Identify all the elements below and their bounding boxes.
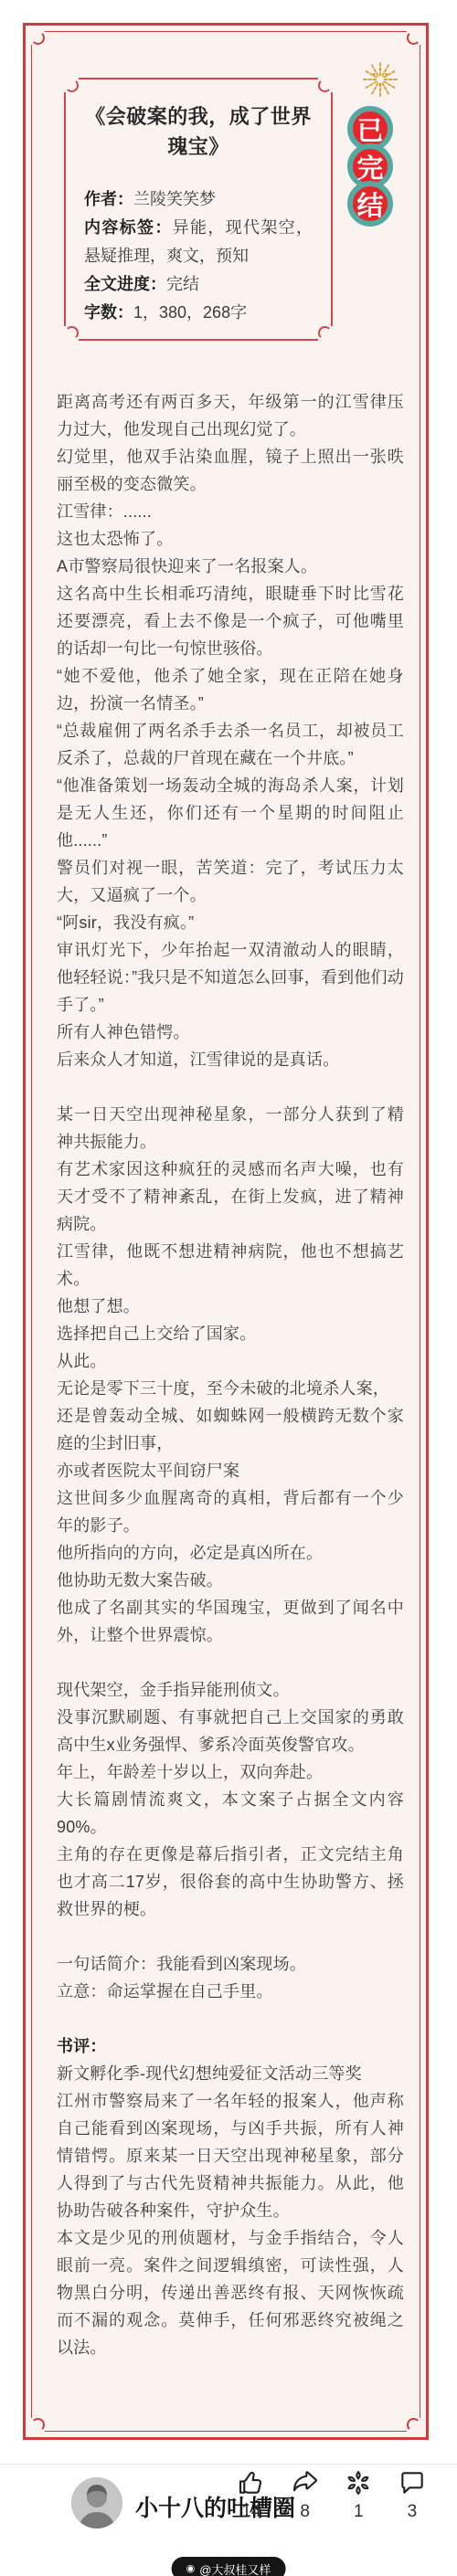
story-paragraph: 这世间多少血腥离奇的真相，背后都有一个少年的影子。 [57, 1484, 404, 1539]
paragraph-gap [57, 1073, 404, 1101]
story-paragraph: 主角的存在更像是幕后指引者，正文完结主角也才高二17岁，很俗套的高中生协助警方、… [57, 1841, 404, 1923]
story-paragraph: “阿sir，我没有疯。” [57, 909, 404, 936]
story-paragraph: 某一日天空出现神秘星象，一部分人获到了精神共振能力。 [57, 1101, 404, 1156]
like-count: 14 [241, 2502, 260, 2522]
story-paragraph: 还是曾轰动全城、如蜘蛛网一般横跨无数个家庭的尘封旧事， [57, 1402, 404, 1457]
story-paragraph: 距离高考还有两百多天，年级第一的江雪律压力过大，他发现自己出现幻觉了。 [57, 388, 404, 443]
story-paragraph: 他成了名副其实的华国瑰宝，更做到了闻名中外，让整个世界震惊。 [57, 1594, 404, 1649]
story-paragraph: 江雪律：...... [57, 498, 404, 525]
footer-divider [0, 2464, 457, 2465]
status-badge: 已完结 [347, 106, 393, 227]
book-info-box: 《会破案的我，成了世界瑰宝》 作者：兰陵笑笑梦内容标签：异能，现代架空，悬疑推理… [64, 78, 333, 341]
story-paragraph: “他准备策划一场轰动全城的海岛杀人案，计划是无人生还，你们还有一个星期的时间阻止… [57, 772, 404, 854]
flower-button[interactable]: 1 [335, 2468, 381, 2522]
badge-circle: 结 [347, 181, 393, 227]
avatar[interactable] [71, 2477, 122, 2528]
share-button[interactable]: 8 [282, 2468, 328, 2522]
like-button[interactable]: 14 [228, 2468, 274, 2522]
meta-fields: 作者：兰陵笑笑梦内容标签：异能，现代架空，悬疑推理，爽文，预知全文进度：完结字数… [84, 185, 313, 327]
meta-field: 内容标签：异能，现代架空，悬疑推理，爽文，预知 [84, 214, 313, 270]
share-count: 8 [300, 2502, 310, 2522]
story-paragraph: 江州市警察局来了一名年轻的报案人，他声称自己能看到凶案现场，与凶手共振，所有人神… [57, 2087, 404, 2224]
story-paragraph: 现代架空，金手指异能刑侦文。 [57, 1676, 404, 1704]
story-paragraph: 幻觉里，他双手沾染血腥，镜子上照出一张昳丽至极的变态微笑。 [57, 443, 404, 498]
book-title: 《会破案的我，成了世界瑰宝》 [82, 101, 314, 162]
story-paragraph: 选择把自己上交给了国家。 [57, 1320, 404, 1347]
fireworks-icon [359, 58, 401, 100]
comment-count: 3 [408, 2502, 418, 2522]
story-paragraph: 无论是零下三十度，至今未破的北境杀人案， [57, 1375, 404, 1402]
story-paragraph: 警员们对视一眼，苦笑道：完了，考试压力太大，又逼疯了一个。 [57, 854, 404, 909]
story-paragraph: 亦或者医院太平间窃尸案 [57, 1457, 404, 1484]
story-paragraph: 这也太恐怖了。 [57, 525, 404, 553]
watermark-pill: ◉ @大叔桂又样 [172, 2557, 286, 2576]
story-paragraph: 年上，年龄差十岁以上，双向奔赴。 [57, 1758, 404, 1786]
paragraph-gap [57, 1649, 404, 1676]
meta-field: 全文进度：完结 [84, 270, 313, 299]
flower-count: 1 [354, 2502, 364, 2522]
watermark-text: @大叔桂又样 [199, 2560, 271, 2576]
like-icon[interactable] [237, 2468, 266, 2497]
story-paragraph: 从此。 [57, 1347, 404, 1375]
flower-icon[interactable] [344, 2468, 373, 2497]
story-paragraph: 书评： [57, 2032, 404, 2060]
paragraph-gap [57, 1923, 404, 1950]
story-paragraph: “她不爱他，他杀了她全家，现在正陪在她身边，扮演一名情圣。” [57, 662, 404, 717]
meta-field: 字数：1，380，268字 [84, 299, 313, 327]
weibo-logo-icon: ◉ [186, 2564, 196, 2574]
story-paragraph: 没事沉默刷题、有事就把自己上交国家的勇敢高中生x业务强悍、爹系冷面英俊警官攻。 [57, 1704, 404, 1758]
meta-field: 作者：兰陵笑笑梦 [84, 185, 313, 214]
story-text: 距离高考还有两百多天，年级第一的江雪律压力过大，他发现自己出现幻觉了。幻觉里，他… [57, 388, 404, 2361]
story-paragraph: 后来众人才知道，江雪律说的是真话。 [57, 1046, 404, 1073]
comment-icon[interactable] [398, 2468, 427, 2497]
share-icon[interactable] [291, 2468, 320, 2497]
story-paragraph: 所有人神色错愕。 [57, 1019, 404, 1046]
story-paragraph: 这名高中生长相乖巧清纯，眼睫垂下时比雪花还要漂亮，看上去不像是一个疯子，可他嘴里… [57, 580, 404, 662]
story-paragraph: 立意：命运掌握在自己手里。 [57, 1978, 404, 2005]
story-paragraph: 大长篇剧情流爽文，本文案子占据全文内容90%。 [57, 1786, 404, 1841]
comment-button[interactable]: 3 [389, 2468, 435, 2522]
story-paragraph: 新文孵化季-现代幻想纯爱征文活动三等奖 [57, 2060, 404, 2087]
story-paragraph: 他想了想。 [57, 1293, 404, 1320]
story-paragraph: 江雪律，他既不想进精神病院，他也不想搞艺术。 [57, 1238, 404, 1293]
story-paragraph: 有艺术家因这种疯狂的灵感而名声大噪，也有天才受不了精神紊乱，在街上发疯，进了精神… [57, 1156, 404, 1238]
story-paragraph: A市警察局很快迎来了一名报案人。 [57, 553, 404, 580]
poster-frame: 已完结 《会破案的我，成了世界瑰宝》 作者：兰陵笑笑梦内容标签：异能，现代架空，… [23, 23, 429, 2440]
story-paragraph: 一句话简介：我能看到凶案现场。 [57, 1950, 404, 1978]
paragraph-gap [57, 2005, 404, 2032]
action-bar: 14813 [228, 2468, 435, 2522]
story-paragraph: 他协助无数大案告破。 [57, 1567, 404, 1594]
story-paragraph: 本文是少见的刑侦题材，与金手指结合，令人眼前一亮。案件之间逻辑缜密，可读性强，人… [57, 2224, 404, 2361]
story-paragraph: 审讯灯光下，少年抬起一双清澈动人的眼睛，他轻轻说：”我只是不知道怎么回事，看到他… [57, 936, 404, 1019]
story-paragraph: “总裁雇佣了两名杀手去杀一名员工，却被员工反杀了，总裁的尸首现在藏在一个井底。” [57, 717, 404, 772]
story-paragraph: 他所指向的方向，必定是真凶所在。 [57, 1539, 404, 1567]
